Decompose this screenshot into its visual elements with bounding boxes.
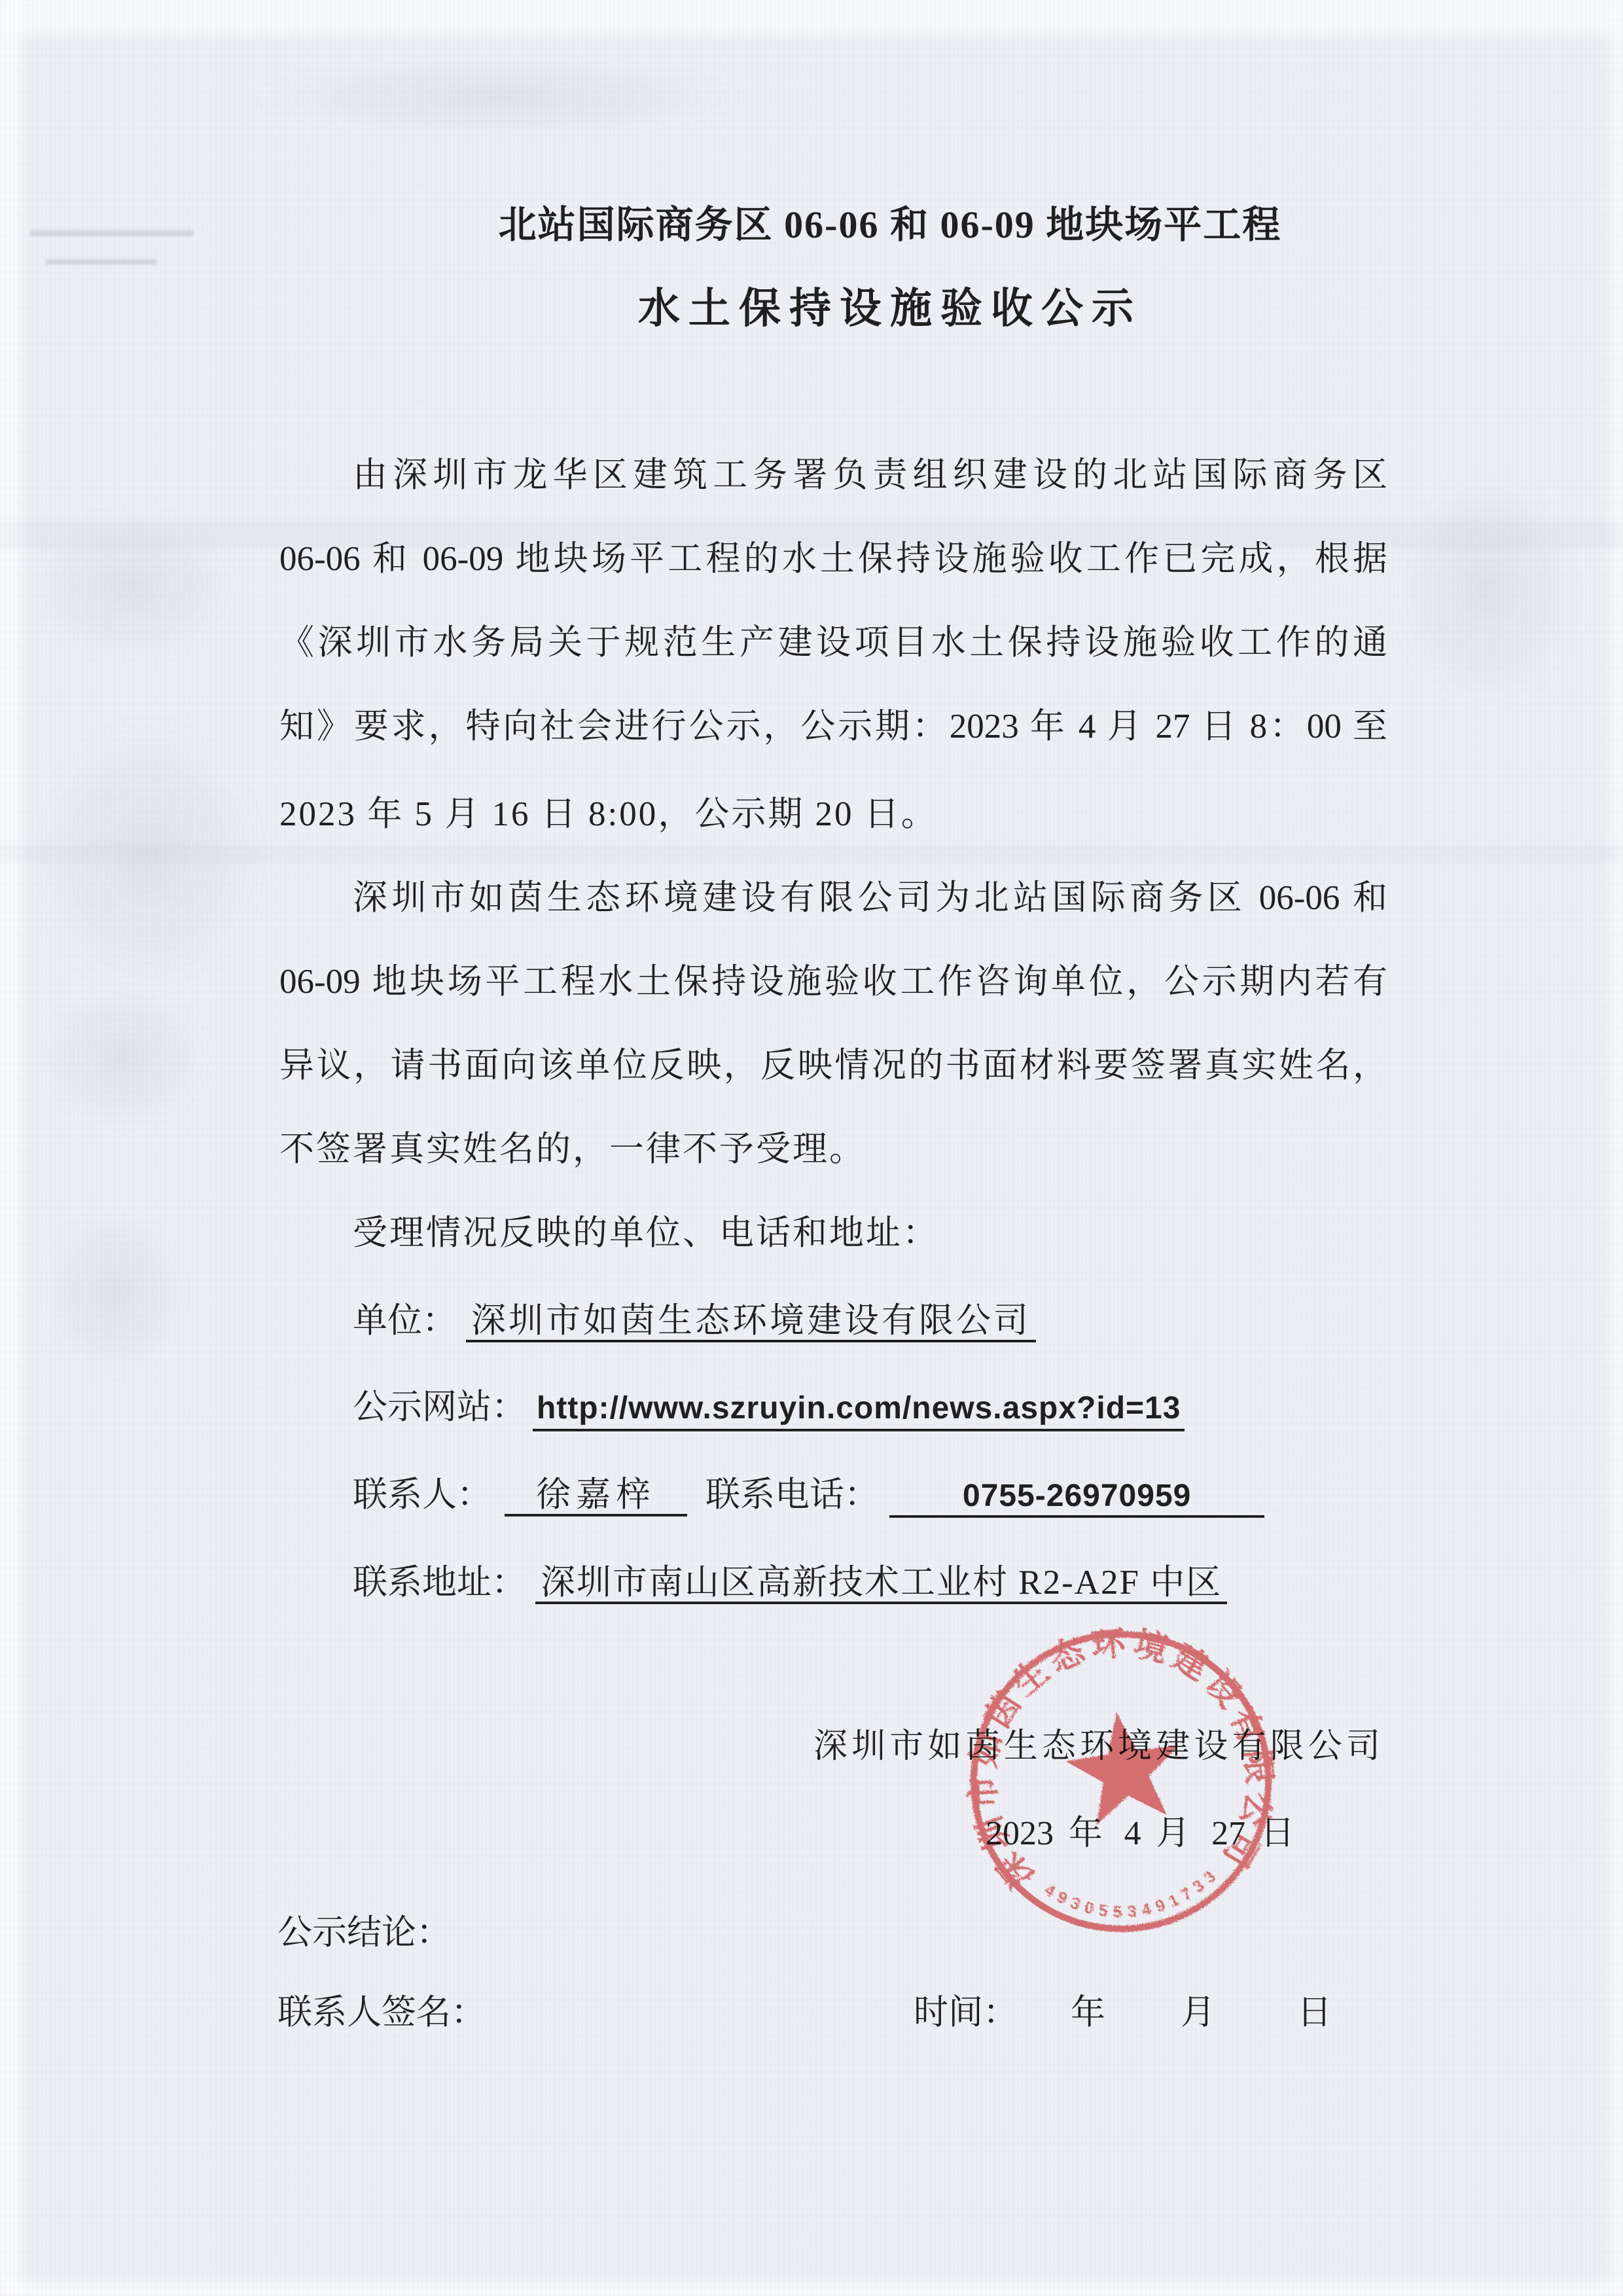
contact-unit-row: 单位：深圳市如茵生态环境建设有限公司 [279, 1300, 1387, 1342]
year-label: 年 [1071, 1992, 1105, 2033]
scan-smudge [26, 713, 268, 1001]
contact-section-heading: 受理情况反映的单位、电话和地址： [279, 1212, 1387, 1254]
page-title-line2: 水土保持设施验收公示 [353, 275, 1427, 335]
scan-smudge [1387, 465, 1584, 713]
day-label: 日 [1297, 1992, 1332, 2033]
contact-website-row: 公示网站：http://www.szruyin.com/news.aspx?id… [279, 1386, 1387, 1428]
month-label: 月 [1181, 1992, 1215, 2033]
scan-edge-left [0, 0, 22, 2296]
unit-value: 深圳市如茵生态环境建设有限公司 [466, 1302, 1036, 1342]
scanned-notice-page: 北站国际商务区 06-06 和 06-09 地块场平工程 水土保持设施验收公示 … [0, 0, 1623, 2296]
contact-address-row: 联系地址：深圳市南山区高新技术工业村 R2-A2F 中区 [279, 1562, 1387, 1604]
body-line: 《深圳市水务局关于规范生产建设项目水土保持设施验收工作的通 [279, 622, 1387, 664]
seal-star-icon [1060, 1704, 1188, 1828]
website-label: 公示网站： [353, 1388, 526, 1426]
body-line: 由深圳市龙华区建筑工务署负责组织建设的北站国际商务区 [279, 454, 1387, 496]
body-line: 异议，请书面向该单位反映，反映情况的书面材料要签署真实姓名， [279, 1045, 1387, 1086]
scan-smudge [39, 1204, 190, 1381]
company-seal-stamp: 深圳市如茵生态环境建设有限公司 4930553491733 [951, 1611, 1291, 1952]
body-line: 深圳市如茵生态环境建设有限公司为北站国际商务区 06-06 和 [279, 877, 1387, 919]
contact-person-row: 联系人：徐嘉梓联系电话：0755-26970959 [279, 1474, 1387, 1516]
phone-label: 联系电话： [705, 1476, 879, 1514]
unit-label: 单位： [353, 1302, 457, 1340]
person-value: 徐嘉梓 [505, 1476, 687, 1516]
conclusion-label: 公示结论： [277, 1912, 451, 1953]
body-line: 06-06 和 06-09 地块场平工程的水土保持设施验收工作已完成，根据 [279, 538, 1387, 580]
scan-streak [0, 844, 1623, 863]
phone-value: 0755-26970959 [889, 1477, 1264, 1518]
scan-edge-bottom [0, 2282, 1623, 2296]
body-line: 2023 年 5 月 16 日 8:00，公示期 20 日。 [279, 793, 1387, 835]
scan-edge-top [0, 0, 1623, 34]
page-title-line1: 北站国际商务区 06-06 和 06-09 地块场平工程 [353, 194, 1427, 249]
scan-smudge [34, 982, 211, 1132]
person-label: 联系人： [353, 1476, 491, 1514]
body-line: 06-09 地块场平工程水土保持设施验收工作咨询单位，公示期内若有 [279, 961, 1387, 1003]
time-label: 时间： [914, 1992, 1018, 2033]
scan-smudge [46, 259, 157, 264]
body-line: 知》要求，特向社会进行公示，公示期：2023 年 4 月 27 日 8：00 至 [279, 706, 1387, 747]
scan-smudge [24, 504, 240, 668]
scan-smudge [249, 55, 746, 140]
website-url: http://www.szruyin.com/news.aspx?id=13 [533, 1390, 1185, 1431]
signer-label: 联系人签名： [277, 1992, 486, 2033]
address-label: 联系地址： [353, 1564, 526, 1602]
scan-edge-right [1611, 0, 1623, 2296]
scan-smudge [30, 230, 194, 236]
body-line: 不签署真实姓名的，一律不予受理。 [279, 1128, 1387, 1170]
address-value: 深圳市南山区高新技术工业村 R2-A2F 中区 [535, 1564, 1227, 1604]
